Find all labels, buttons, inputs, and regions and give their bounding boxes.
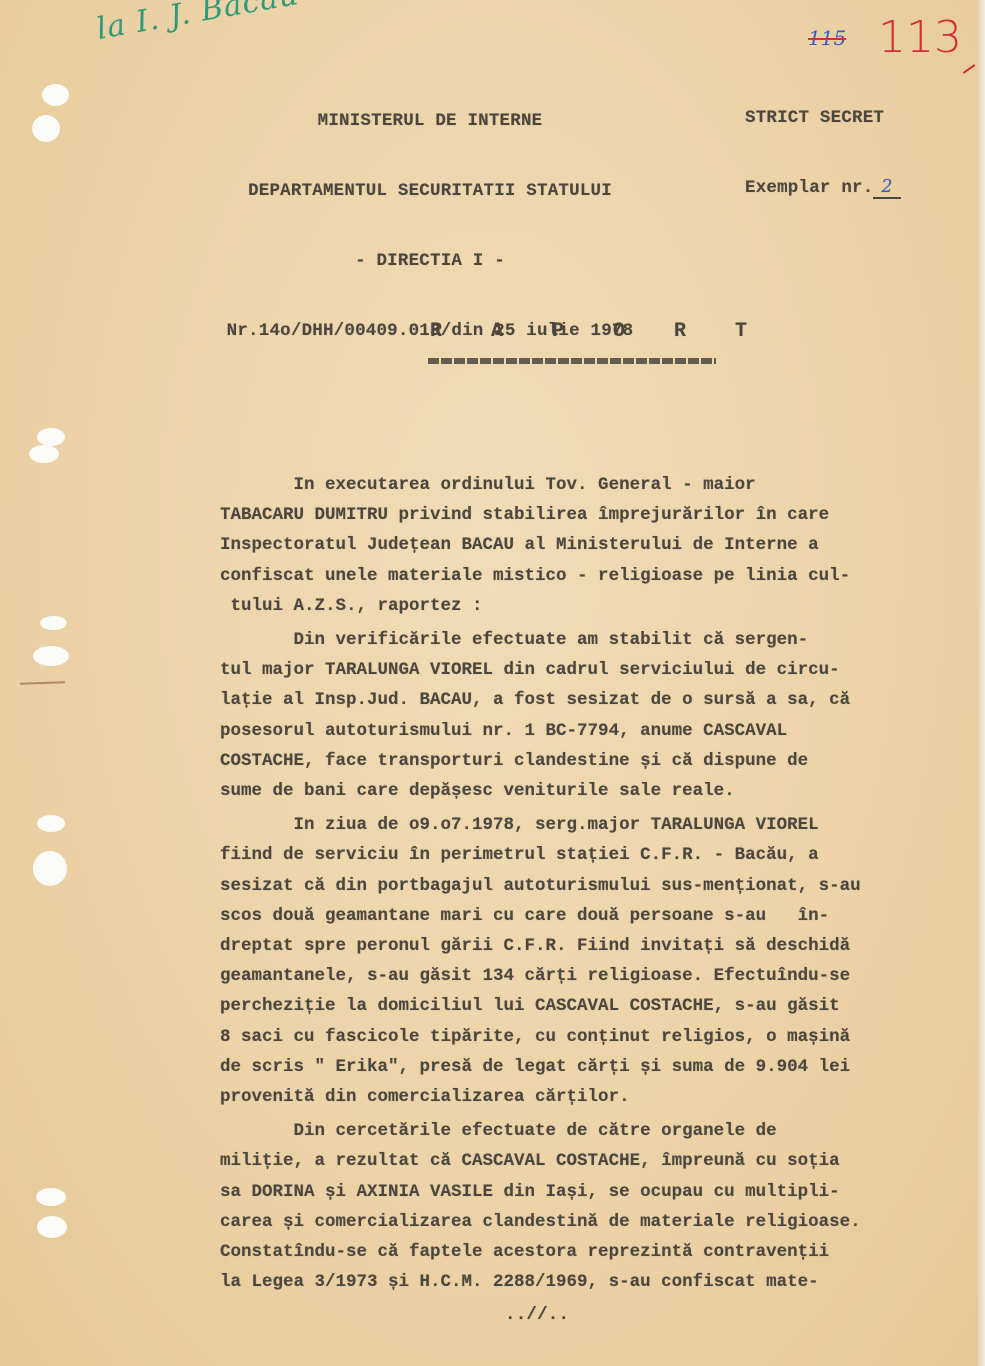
text-line: TABACARU DUMITRU privind stabilirea împr… xyxy=(220,500,985,530)
text-line: provenită din comercializarea cărților. xyxy=(220,1082,985,1112)
text-line: tului A.Z.S., raportez : xyxy=(220,591,985,621)
text-line: posesorul autoturismului nr. 1 BC-7794, … xyxy=(220,716,985,746)
old-page-number: 115 xyxy=(808,26,846,50)
text-line: scos două geamantane mari cu care două p… xyxy=(220,901,985,931)
punch-hole xyxy=(42,84,69,106)
text-line: percheziție la domiciliul lui CASCAVAL C… xyxy=(220,991,985,1021)
text-line: tul major TARALUNGA VIOREL din cadrul se… xyxy=(220,655,985,685)
report-body: In executarea ordinului Tov. General - m… xyxy=(220,470,985,1301)
punch-hole xyxy=(36,1188,66,1206)
text-line: de scris " Erika", presă de legat cărți … xyxy=(220,1052,985,1082)
text-line: sume de bani care depășesc veniturile sa… xyxy=(220,776,985,806)
text-line: miliție, a rezultat că CASCAVAL COSTACHE… xyxy=(220,1146,985,1176)
punch-hole xyxy=(33,646,69,666)
document-title: RAPORT xyxy=(430,320,796,343)
text-line: Constatîndu-se că faptele acestora repre… xyxy=(220,1237,985,1267)
handwritten-note: la I. J. Bacău xyxy=(94,0,302,47)
text-line: la Legea 3/1973 și H.C.M. 2288/1969, s-a… xyxy=(220,1267,985,1297)
classification-label: STRICT SECRET xyxy=(745,104,901,133)
title-underline xyxy=(428,358,716,364)
paragraph: Din cercetările efectuate de către organ… xyxy=(220,1116,985,1297)
text-line: geamantanele, s-au găsit 134 cărți relig… xyxy=(220,961,985,991)
text-line: In ziua de o9.o7.1978, serg.major TARALU… xyxy=(220,810,985,840)
paragraph: In executarea ordinului Tov. General - m… xyxy=(220,470,985,621)
continuation-mark: ..//.. xyxy=(505,1305,569,1325)
paragraph: Din verificările efectuate am stabilit c… xyxy=(220,625,985,806)
department-name: DEPARTAMENTUL SECURITATII STATULUI xyxy=(210,176,650,206)
text-line: dreptat spre peronul gării C.F.R. Fiind … xyxy=(220,931,985,961)
punch-hole xyxy=(32,115,60,142)
punch-hole xyxy=(37,428,65,446)
text-line: fiind de serviciu în perimetrul stației … xyxy=(220,840,985,870)
text-line: 8 saci cu fascicole tipărite, cu conținu… xyxy=(220,1022,985,1052)
punch-hole xyxy=(40,616,67,630)
classification-block: STRICT SECRET Exemplar nr.2 xyxy=(745,64,901,223)
punch-hole xyxy=(37,1216,67,1238)
paper-tear xyxy=(20,681,65,685)
red-pen-mark xyxy=(963,64,976,74)
punch-hole xyxy=(29,445,59,463)
directorate-name: - DIRECTIA I - xyxy=(210,246,650,276)
text-line: In executarea ordinului Tov. General - m… xyxy=(220,470,985,500)
copy-label: Exemplar nr. xyxy=(745,178,873,198)
text-line: sa DORINA și AXINIA VASILE din Iași, se … xyxy=(220,1177,985,1207)
copy-number-line: Exemplar nr.2 xyxy=(745,173,901,203)
text-line: Inspectoratul Județean BACAU al Minister… xyxy=(220,530,985,560)
text-line: sesizat că din portbagajul autoturismulu… xyxy=(220,871,985,901)
copy-number: 2 xyxy=(873,177,900,199)
text-line: lație al Insp.Jud. BACAU, a fost sesizat… xyxy=(220,685,985,715)
paragraph: In ziua de o9.o7.1978, serg.major TARALU… xyxy=(220,810,985,1112)
text-line: carea și comercializarea clandestină de … xyxy=(220,1207,985,1237)
text-line: Din verificările efectuate am stabilit c… xyxy=(220,625,985,655)
text-line: confiscat unele materiale mistico - reli… xyxy=(220,561,985,591)
page-number: 113 xyxy=(878,12,962,63)
text-line: Din cercetările efectuate de către organ… xyxy=(220,1116,985,1146)
punch-hole xyxy=(33,851,67,886)
punch-hole xyxy=(37,815,65,832)
text-line: COSTACHE, face transporturi clandestine … xyxy=(220,746,985,776)
ministry-name: MINISTERUL DE INTERNE xyxy=(210,106,650,136)
